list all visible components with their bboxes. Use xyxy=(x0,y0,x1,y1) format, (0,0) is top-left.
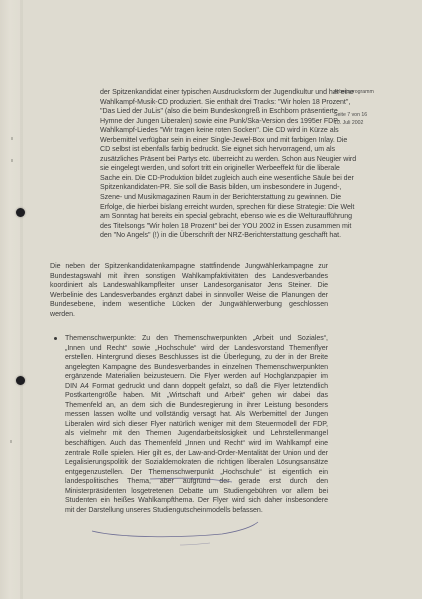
text-line: Bundestagswahl mit ihren sonstigen Wahlk… xyxy=(50,272,328,282)
text-line: werden. xyxy=(50,310,328,320)
text-line: CD selbst ist ebenfalls farbig bedruckt.… xyxy=(100,145,328,155)
text-line: des Titelsongs "Wir holen 18 Prozent" be… xyxy=(100,222,328,232)
text-line: Hymne der Jungen Liberalen) sowie eine P… xyxy=(100,117,328,127)
text-line: Legalisierungspolitik der Sozialdemokrat… xyxy=(65,458,328,468)
text-line: sie eingelegt werden, und sofort tritt e… xyxy=(100,164,328,174)
paragraph-cd-production: der Spitzenkandidat einer typischen Ausd… xyxy=(100,88,328,241)
text-line: Werbelinie des Landesverbandes ergänzt d… xyxy=(50,291,328,301)
text-line: Wahlkampf-Liedes "Wir tragen keine roten… xyxy=(100,126,328,136)
bullet-themenschwerpunkte: Themenschwerpunkte: Zu den Themenschwerp… xyxy=(65,334,328,515)
text-line: Studenten ein heißes Wahlkampfthema. Der… xyxy=(65,496,328,506)
text-line: Wahlkampf-Musik-CD produziert. Sie enthä… xyxy=(100,98,328,108)
text-line: entgegenzustellen. Der Themenschwerpunkt… xyxy=(65,468,328,478)
text-line: Werbemittel verfügbar sein in einer Sing… xyxy=(100,136,328,146)
text-line: den "No Angels" (!) in die Überschrift d… xyxy=(100,231,328,241)
text-line: beschäftigen. Auch das Themenfeld „Innen… xyxy=(65,439,328,449)
scanned-page: Arbeitsprogramm Seite 7 von 16 10. Juli … xyxy=(0,0,422,599)
text-line: angelegten Kampagne des Bundesverbandes … xyxy=(65,363,328,373)
text-line: Die neben der Spitzenkandidatenkampagne … xyxy=(50,262,328,272)
text-line: Erfolge, die hierbei bislang erreicht wu… xyxy=(100,203,328,213)
scan-speck xyxy=(11,159,13,162)
text-line: Ministerpräsidenten losgetretenen Debatt… xyxy=(65,487,328,497)
text-line: Themenfeld an, an dem sich die Bundesreg… xyxy=(65,401,328,411)
text-line: Liberalen wird sich dieser Flyer natürli… xyxy=(65,420,328,430)
text-line: zentrale Rolle spielen. Hier gilt es, de… xyxy=(65,449,328,459)
text-line: Sache ein. Die CD-Produktion bildet zugl… xyxy=(100,174,328,184)
text-line: ergänzende Materialien beizusteuern. Die… xyxy=(65,372,328,382)
text-line: "Das Lied der JuLis" (also die beim Bund… xyxy=(100,107,328,117)
text-line: Spitzenkandidaten-PR. Sie soll die Basis… xyxy=(100,183,328,193)
text-line: Themenschwerpunkte: Zu den Themenschwerp… xyxy=(65,334,328,344)
text-line: der Spitzenkandidat einer typischen Ausd… xyxy=(100,88,328,98)
text-line: am Sonntag hat bereits ein special gebra… xyxy=(100,212,328,222)
text-line: Postkartengröße haben. Mit „Wirtschaft u… xyxy=(65,391,328,401)
text-line: messen lassen wollte und vollständig ver… xyxy=(65,410,328,420)
text-line: zusätzliches Präsent bei Partys etc. übe… xyxy=(100,155,328,165)
page-edge-shadow xyxy=(20,0,23,599)
text-line: als vielmehr mit den Themen Jugendarbeit… xyxy=(65,429,328,439)
text-line: Bundesebene, indem wesentliche Lücken de… xyxy=(50,300,328,310)
punch-hole-bottom-icon xyxy=(16,376,25,385)
text-line: DIN A4 Format gedruckt und dann doppelt … xyxy=(65,382,328,392)
scan-speck xyxy=(10,440,12,443)
text-line: „Innen und Recht“ sowie „Hochschule“ wir… xyxy=(65,344,328,354)
punch-hole-top-icon xyxy=(16,208,25,217)
text-line: landespolitisches Thema, aber aufgrund d… xyxy=(65,477,328,487)
text-line: koordiniert als Landeswahlkampfleiter un… xyxy=(50,281,328,291)
paragraph-youth-campaign: Die neben der Spitzenkandidatenkampagne … xyxy=(50,262,328,319)
scan-speck xyxy=(11,137,13,140)
text-line: mit der Darstellung unseres Studiengutsc… xyxy=(65,506,328,516)
text-line: erstellen. Hintergrund dieses Beschlusse… xyxy=(65,353,328,363)
bullet-icon xyxy=(54,337,57,340)
text-line: Szene- und Musikmagazinen Raum in der Be… xyxy=(100,193,328,203)
